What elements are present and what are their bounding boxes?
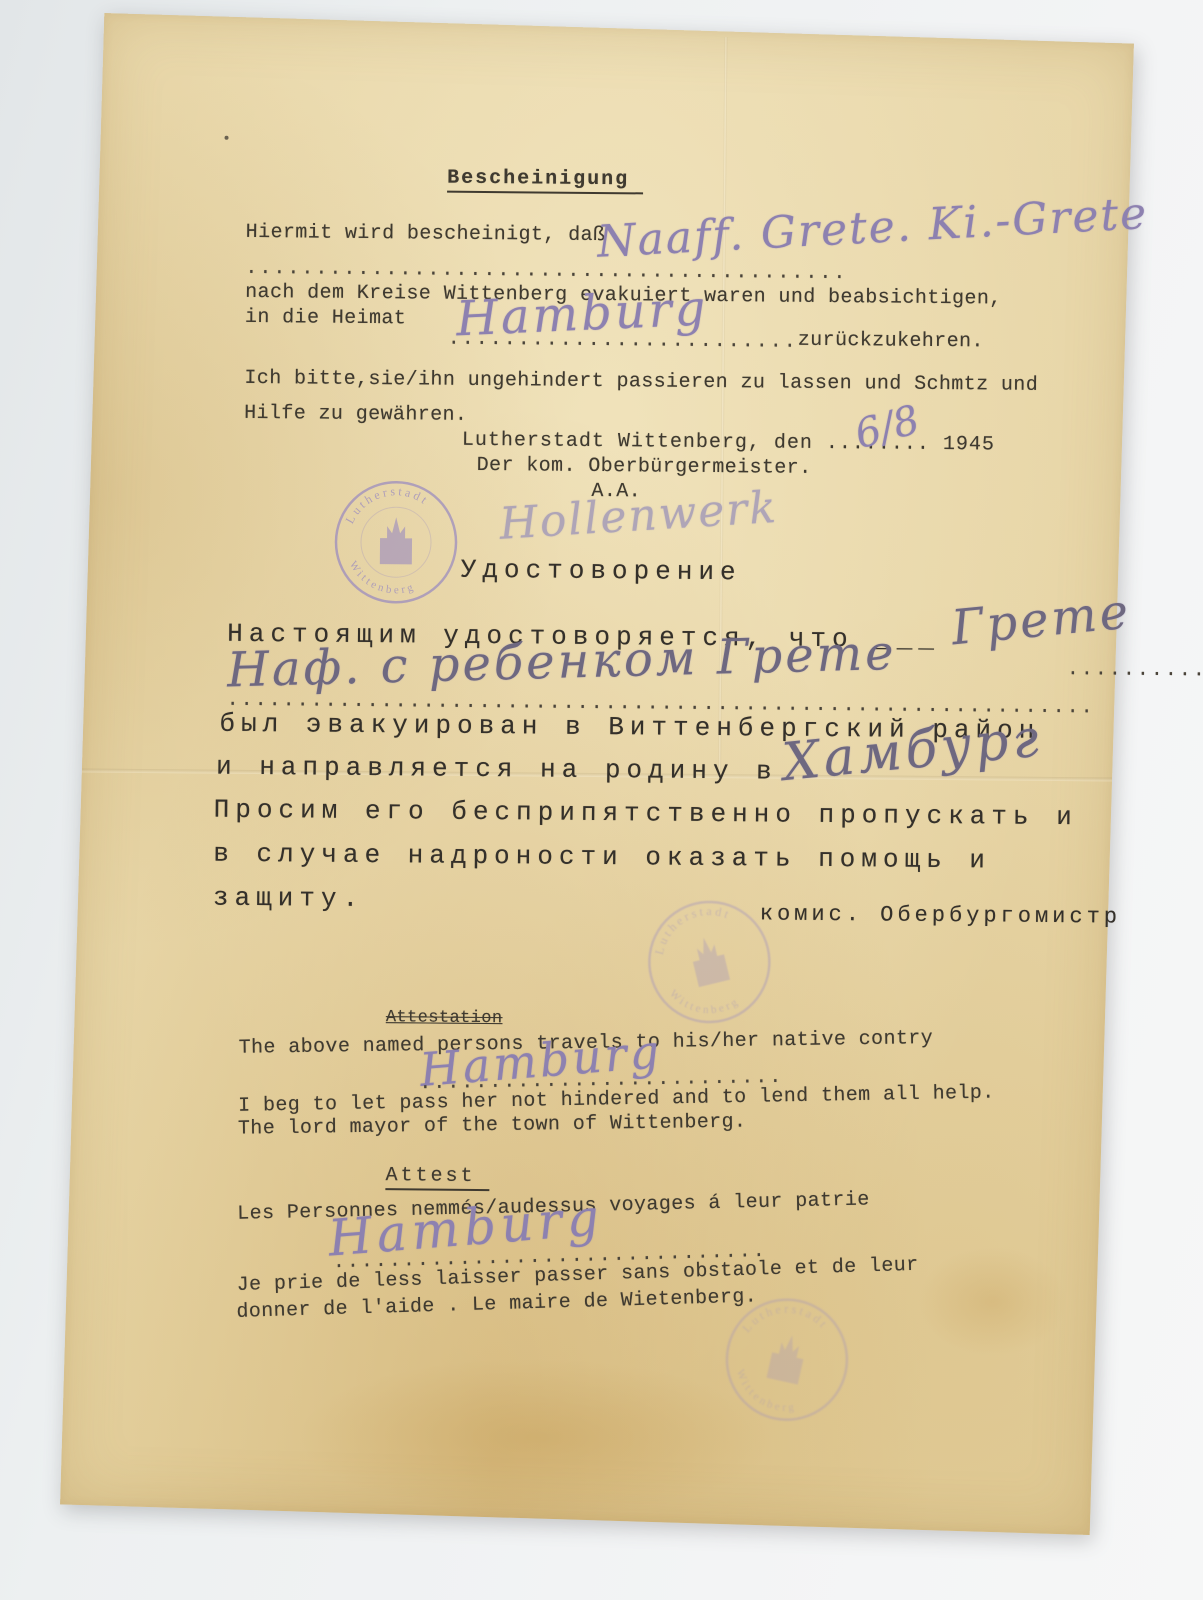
paper-stain — [917, 1246, 1068, 1357]
wittenberg-seal-stamp: Lutherstadt Wittenberg — [320, 467, 471, 618]
german-name-handwritten: Naaff. Grete. Ki.-Grete — [596, 188, 1150, 268]
castle-emblem-icon — [688, 934, 730, 987]
german-line3: in die Heimat — [245, 306, 406, 330]
german-line5: Hilfe zu gewähren. — [244, 402, 467, 427]
castle-emblem-icon — [767, 1332, 808, 1385]
document-content: Bescheinigung Hiermit wird bescheinigt, … — [76, 24, 1119, 1525]
russian-line6: защиту. — [213, 883, 364, 914]
photo-background: { "photo": { "background_color": "#edf0f… — [0, 0, 1203, 1600]
stamp-text-bottom: Wittenberg — [347, 559, 418, 597]
russian-line3: и направляется на родину в — [216, 752, 778, 787]
german-title: Bescheinigung — [447, 167, 643, 192]
svg-text:Lutherstadt: Lutherstadt — [644, 897, 741, 959]
french-title-text: Attest — [385, 1164, 489, 1191]
german-line1: Hiermit wird bescheinigt, daß — [246, 221, 606, 247]
ink-speck — [225, 136, 229, 140]
russian-title: Удостоворение — [461, 555, 742, 587]
castle-emblem-icon — [380, 517, 412, 564]
document-paper: Bescheinigung Hiermit wird bescheinigt, … — [60, 13, 1134, 1535]
svg-text:Lutherstadt: Lutherstadt — [342, 484, 432, 527]
german-return-word: zurückzukehren. — [798, 329, 984, 354]
german-dots-city: ......................... — [448, 328, 798, 354]
wittenberg-seal-stamp-faint: Lutherstadt Wittenberg — [697, 1270, 876, 1449]
stamp-text-top: Lutherstadt — [342, 484, 432, 527]
german-line4: Ich bitte,sie/ihn ungehindert passieren … — [244, 367, 1038, 397]
russian-line5: в случае надроности оказать помощь и — [213, 839, 991, 876]
russian-sign: комис. Обербургомистр — [760, 901, 1121, 929]
german-title-text: Bescheinigung — [447, 167, 643, 195]
stamp-text-top: Lutherstadt — [644, 897, 741, 959]
russian-dots-after-name: .......... — [1067, 658, 1203, 682]
german-sign1: Der kom. Oberbürgermeister. — [477, 454, 812, 480]
english-title: Attestation — [386, 1008, 503, 1028]
french-title: Attest — [385, 1164, 489, 1188]
svg-text:Wittenberg: Wittenberg — [347, 559, 418, 597]
mayor-signature-handwritten: Hollenwerk — [498, 482, 779, 550]
russian-name-handwritten-1: Грете — [949, 583, 1133, 656]
russian-line4: Просим его бесприпятственно пропускать и — [214, 795, 1078, 833]
